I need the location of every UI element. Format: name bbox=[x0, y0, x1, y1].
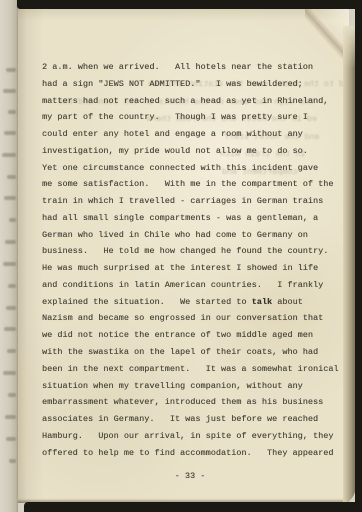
edge-text-smudge bbox=[3, 262, 16, 266]
edge-text-smudge bbox=[3, 89, 16, 93]
edge-text-smudge bbox=[6, 306, 16, 310]
edge-text-smudge bbox=[9, 218, 16, 222]
scanned-book-page-photo: ead to the hotel near the station and he… bbox=[0, 0, 362, 512]
text-line: 2 a.m. when we arrived. All hotels near … bbox=[42, 59, 342, 76]
text-line: train in which I travelled - carriages i… bbox=[42, 193, 342, 210]
text-line: business. He told me how changed he foun… bbox=[42, 243, 342, 260]
text-line: explained the situation. We started to t… bbox=[42, 294, 342, 311]
adjacent-page-edge bbox=[0, 0, 18, 512]
text-line: we did not notice the entrance of two mi… bbox=[42, 327, 342, 344]
text-line: Hamburg. Upon our arrival, in spite of e… bbox=[42, 428, 342, 445]
text-line: matters had not reached such a head as y… bbox=[42, 93, 342, 110]
edge-text-smudge bbox=[4, 196, 16, 200]
scan-background-bottom bbox=[24, 502, 362, 512]
edge-text-smudge bbox=[7, 349, 16, 353]
text-line: been in the next compartment. It was a s… bbox=[42, 361, 342, 378]
typewritten-text: 2 a.m. when we arrived. All hotels near … bbox=[42, 59, 342, 461]
text-line: could enter any hotel and engage a room … bbox=[42, 126, 342, 143]
text-line: investigation, my pride would not allow … bbox=[42, 143, 342, 160]
edge-text-smudge bbox=[8, 110, 16, 114]
text-line: offered to help me to find accommodation… bbox=[42, 445, 342, 462]
text-line: He was much surprised at the interest I … bbox=[42, 260, 342, 277]
edge-text-smudge bbox=[2, 153, 16, 157]
text-line: my part of the country. Though I was pre… bbox=[42, 109, 342, 126]
edge-text-smudge bbox=[6, 68, 16, 72]
edge-text-smudge bbox=[3, 371, 16, 375]
edge-text-smudge bbox=[5, 240, 16, 244]
scan-background-top bbox=[17, 0, 362, 9]
edge-text-smudge bbox=[5, 415, 16, 419]
book-page: ead to the hotel near the station and he… bbox=[18, 9, 349, 503]
text-line: had all small single compartments - was … bbox=[42, 210, 342, 227]
text-line: had a sign "JEWS NOT ADMITTED." I was be… bbox=[42, 76, 342, 93]
text-line: associates in Germany. It was just befor… bbox=[42, 411, 342, 428]
text-line: embarrassment whatever, introduced them … bbox=[42, 394, 342, 411]
text-line: and conditions in latin American countri… bbox=[42, 277, 342, 294]
text-line: Nazism and became so engrossed in our co… bbox=[42, 310, 342, 327]
edge-text-smudge bbox=[8, 393, 16, 397]
edge-text-smudge bbox=[7, 175, 16, 179]
page-number: - 33 - bbox=[42, 471, 338, 481]
heavy-ink-word: talk bbox=[252, 297, 272, 307]
text-line: with the swastika on the lapel of their … bbox=[42, 344, 342, 361]
text-line: me some satisfaction. With me in the com… bbox=[42, 176, 342, 193]
text-line: Yet one circumstance connected with this… bbox=[42, 160, 342, 177]
scan-background-right bbox=[355, 0, 362, 512]
edge-text-smudge bbox=[6, 437, 16, 441]
text-line: German who lived in Chile who had come t… bbox=[42, 227, 342, 244]
text-line: situation when my travelling companion, … bbox=[42, 378, 342, 395]
edge-text-smudge bbox=[9, 459, 16, 463]
edge-text-smudge bbox=[4, 327, 16, 331]
edge-text-smudge bbox=[4, 131, 16, 135]
edge-text-smudge bbox=[8, 284, 16, 288]
